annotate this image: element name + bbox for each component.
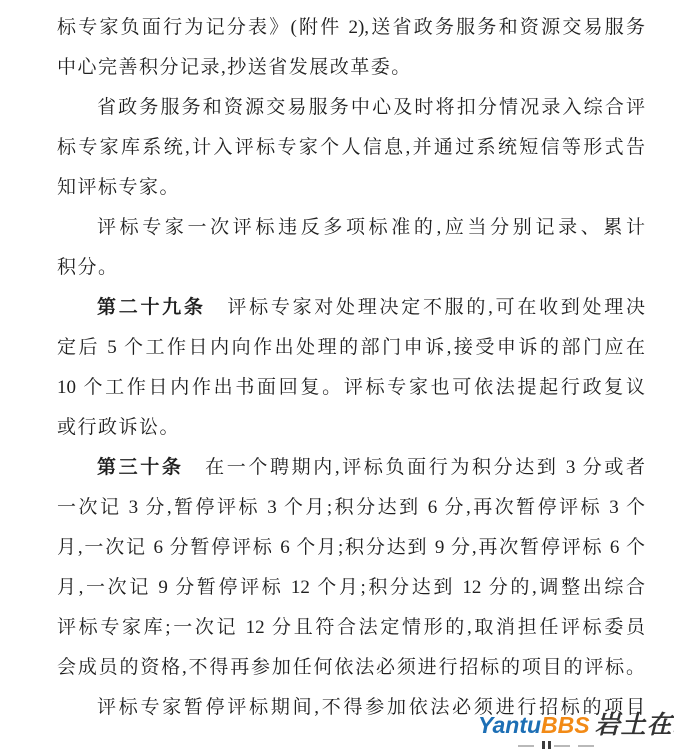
text-run: 评标专家对处理决定不服的,可在收到处理决 (206, 297, 645, 318)
text-line: 中心完善积分记录,抄送省发展改革委。 (57, 48, 645, 88)
watermark-subtext-marks (518, 741, 668, 751)
text-run: 中心完善积分记录,抄送省发展改革委。 (57, 57, 412, 78)
article-heading: 第三十条 (97, 457, 184, 478)
text-line: 或行政诉讼。 (57, 408, 645, 448)
text-line: 评标专家库;一次记 12 分且符合法定情形的,取消担任评标委员 (57, 608, 645, 648)
text-line: 月,一次记 9 分暂停评标 12 个月;积分达到 12 分的,调整出综合 (57, 568, 645, 608)
text-line: 省政务服务和资源交易服务中心及时将扣分情况录入综合评 (57, 88, 645, 128)
text-run: 评标专家一次评标违反多项标准的,应当分别记录、累计 (97, 217, 645, 238)
watermark-chinese-logo: 岩土在线 (595, 711, 674, 739)
watermark-bbs-logo: BBS (541, 712, 590, 738)
faint-bar (548, 741, 551, 749)
text-run: 评标专家库;一次记 12 分且符合法定情形的,取消担任评标委员 (57, 617, 645, 638)
text-run: 定后 5 个工作日内向作出处理的部门申诉,接受申诉的部门应在 (57, 337, 645, 358)
text-line: 标专家库系统,计入评标专家个人信息,并通过系统短信等形式告 (57, 128, 645, 168)
text-line: 会成员的资格,不得再参加任何依法必须进行招标的项目的评标。 (57, 648, 645, 688)
faint-dash (578, 745, 594, 747)
text-run: 会成员的资格,不得再参加任何依法必须进行招标的项目的评标。 (57, 657, 645, 678)
text-line: 月,一次记 6 分暂停评标 6 个月;积分达到 9 分,再次暂停评标 6 个 (57, 528, 645, 568)
watermark-yantu-logo: Yantu (478, 712, 541, 738)
text-run: 知评标专家。 (57, 177, 180, 198)
text-line: 知评标专家。 (57, 168, 645, 208)
document-text: 标专家负面行为记分表》(附件 2),送省政务服务和资源交易服务中心完善积分记录,… (57, 8, 645, 728)
text-run: 10 个工作日内作出书面回复。评标专家也可依法提起行政复议 (57, 377, 645, 398)
text-line: 第三十条 在一个聘期内,评标负面行为积分达到 3 分或者 (57, 448, 645, 488)
text-run: 在一个聘期内,评标负面行为积分达到 3 分或者 (184, 457, 645, 478)
text-run: 标专家库系统,计入评标专家个人信息,并通过系统短信等形式告 (57, 137, 645, 158)
text-run: 积分。 (57, 257, 119, 278)
text-line: 评标专家一次评标违反多项标准的,应当分别记录、累计 (57, 208, 645, 248)
text-run: 月,一次记 6 分暂停评标 6 个月;积分达到 9 分,再次暂停评标 6 个 (57, 537, 645, 558)
text-run: 或行政诉讼。 (57, 417, 180, 438)
text-line: 定后 5 个工作日内向作出处理的部门申诉,接受申诉的部门应在 (57, 328, 645, 368)
text-line: 第二十九条 评标专家对处理决定不服的,可在收到处理决 (57, 288, 645, 328)
text-line: 10 个工作日内作出书面回复。评标专家也可依法提起行政复议 (57, 368, 645, 408)
text-line: 标专家负面行为记分表》(附件 2),送省政务服务和资源交易服务 (57, 8, 645, 48)
text-line: 一次记 3 分,暂停评标 3 个月;积分达到 6 分,再次暂停评标 3 个 (57, 488, 645, 528)
text-run: 一次记 3 分,暂停评标 3 个月;积分达到 6 分,再次暂停评标 3 个 (57, 497, 645, 518)
text-run: 月,一次记 9 分暂停评标 12 个月;积分达到 12 分的,调整出综合 (57, 577, 645, 598)
article-heading: 第二十九条 (97, 297, 206, 318)
document-page: 标专家负面行为记分表》(附件 2),送省政务服务和资源交易服务中心完善积分记录,… (0, 0, 674, 755)
text-line: 积分。 (57, 248, 645, 288)
faint-dash (554, 745, 570, 747)
text-run: 省政务服务和资源交易服务中心及时将扣分情况录入综合评 (97, 97, 645, 118)
faint-dash (518, 745, 534, 747)
watermark: YantuBBS岩土在线 (478, 710, 674, 755)
text-run: 标专家负面行为记分表》(附件 2),送省政务服务和资源交易服务 (57, 17, 645, 38)
faint-bar (542, 741, 545, 749)
